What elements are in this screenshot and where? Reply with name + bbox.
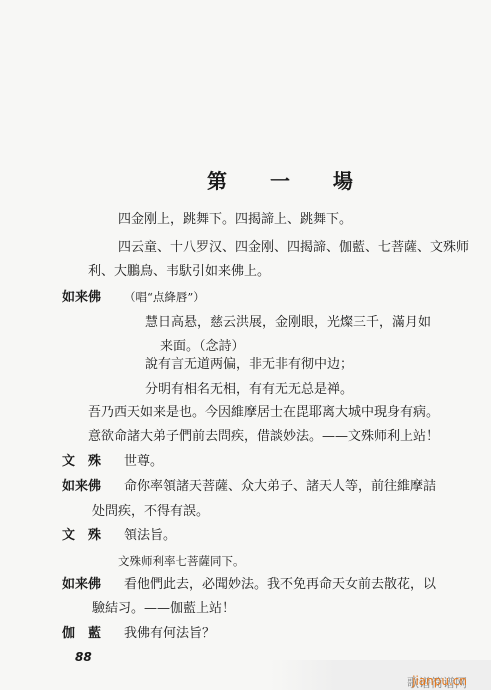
scene-title: 第 一 場 (207, 165, 371, 194)
dialogue-line: 如来佛命你率領諸天菩薩、众大弟子、諸天人等，前往維摩詰 (62, 479, 436, 495)
dialogue-text: 命你率領諸天菩薩、众大弟子、諸天人等，前往維摩詰 (124, 479, 436, 494)
verse-line: 来面。（念詩） (160, 339, 245, 355)
dialogue-text: 吾乃西天如来是也。今因維摩居士在毘耶离大城中現身有病。 (88, 405, 439, 421)
page-number: 88 (75, 650, 92, 664)
dialogue-line: 如来佛（唱“点絳唇”） (62, 289, 205, 306)
speaker-name: 文 殊 (62, 528, 124, 544)
speaker-name: 伽 藍 (62, 626, 124, 642)
stage-direction: 利、大鵬鳥、韦馱引如来佛上。 (88, 264, 270, 280)
dialogue-line: 如来佛看他們此去，必聞妙法。我不免再命天女前去散花，以 (62, 577, 436, 593)
dialogue-text: 看他們此去，必聞妙法。我不免再命天女前去散花，以 (124, 577, 436, 592)
dialogue-line: 文 殊世尊。 (62, 454, 163, 470)
dialogue-text: 意欲命諸大弟子們前去問疾，借談妙法。——文殊师利上站！ (88, 429, 439, 445)
watermark: 歌谱简谱网 jianpu.cn (270, 660, 491, 690)
stage-direction: 四金刚上，跳舞下。四揭諦上、跳舞下。 (118, 212, 352, 228)
verse-line: 分明有相名无相，有有无无总是禅。 (145, 382, 353, 398)
dialogue-text: 我佛有何法旨？ (124, 626, 215, 641)
speaker-name: 如来佛 (62, 577, 124, 593)
stage-direction: 四云童、十八罗汉、四金刚、四揭諦、伽藍、七菩薩、文殊师 (118, 240, 469, 256)
dialogue-text: 处問疾，不得有誤。 (92, 504, 209, 520)
dialogue-text: 領法旨。 (124, 528, 176, 543)
dialogue-text: 世尊。 (124, 454, 163, 469)
speaker-name: 如来佛 (62, 479, 124, 495)
stage-direction: 文殊师利率七菩薩同下。 (118, 553, 245, 569)
verse-line: 慧日高悬，慈云洪展，金刚眼，光燦三千，滿月如 (145, 315, 431, 331)
speaker-name: 文 殊 (62, 454, 124, 470)
dialogue-text: （唱“点絳唇”） (124, 290, 205, 304)
book-page: 第 一 場 四金刚上，跳舞下。四揭諦上、跳舞下。 四云童、十八罗汉、四金刚、四揭… (0, 0, 491, 690)
dialogue-line: 伽 藍我佛有何法旨？ (62, 626, 215, 642)
speaker-name: 如来佛 (62, 290, 124, 306)
dialogue-line: 文 殊領法旨。 (62, 528, 176, 544)
verse-line: 說有言无道两偏，非无非有彻中边； (145, 357, 353, 373)
dialogue-text: 驗結习。——伽藍上站！ (92, 601, 235, 617)
